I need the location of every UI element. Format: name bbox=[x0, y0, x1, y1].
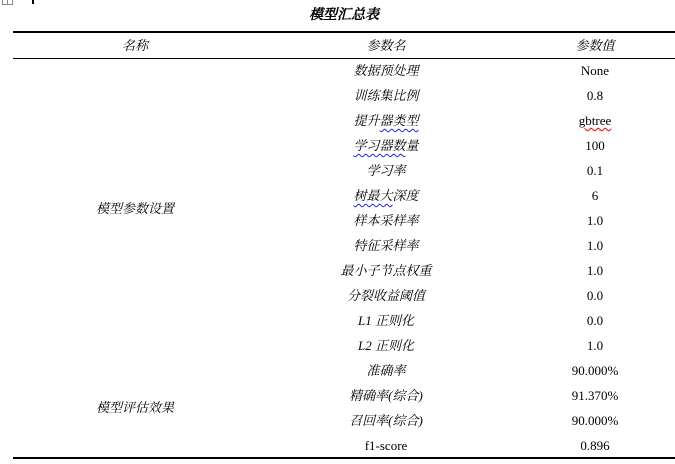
section-label-model-eval: 模型评估效果 bbox=[13, 358, 257, 458]
param-value-cell: 0.1 bbox=[515, 158, 675, 183]
param-name-cell: 召回率(综合) bbox=[257, 408, 515, 433]
misspelled-text: 器类型 bbox=[380, 113, 419, 128]
param-name-cell: 数据预处理 bbox=[257, 58, 515, 83]
param-value-cell: 0.8 bbox=[515, 83, 675, 108]
misspelled-text: 树最大 bbox=[353, 188, 392, 203]
cursor-tick-mark bbox=[32, 0, 34, 4]
param-value-cell: gbtree bbox=[515, 108, 675, 133]
header-row: 名称 参数名 参数值 bbox=[13, 32, 675, 58]
param-value-cell: 0.0 bbox=[515, 308, 675, 333]
param-value-cell: 1.0 bbox=[515, 258, 675, 283]
column-header-name: 名称 bbox=[13, 32, 257, 58]
param-value-cell: 6 bbox=[515, 183, 675, 208]
table-row: 模型评估效果 准确率 90.000% bbox=[13, 358, 675, 383]
param-name-cell: 树最大深度 bbox=[257, 183, 515, 208]
param-value-cell: 90.000% bbox=[515, 408, 675, 433]
misspelled-text: 学习器数 bbox=[353, 138, 405, 153]
param-name-cell: L2 正则化 bbox=[257, 333, 515, 358]
param-name-cell: L1 正则化 bbox=[257, 308, 515, 333]
param-value-cell: 91.370% bbox=[515, 383, 675, 408]
param-value-cell: 1.0 bbox=[515, 333, 675, 358]
param-name-cell: 精确率(综合) bbox=[257, 383, 515, 408]
param-value-cell: 0.896 bbox=[515, 433, 675, 458]
param-name-cell: f1-score bbox=[257, 433, 515, 458]
table-title: 模型汇总表 bbox=[13, 0, 675, 31]
param-name-cell: 准确率 bbox=[257, 358, 515, 383]
param-value-cell: 100 bbox=[515, 133, 675, 158]
table-row: 模型参数设置 数据预处理 None bbox=[13, 58, 675, 83]
column-header-value: 参数值 bbox=[515, 32, 675, 58]
param-value-cell: 1.0 bbox=[515, 233, 675, 258]
table-move-handle-icon[interactable] bbox=[2, 0, 13, 5]
param-name-cell: 学习率 bbox=[257, 158, 515, 183]
param-name-cell: 分裂收益阈值 bbox=[257, 283, 515, 308]
param-value-cell: 1.0 bbox=[515, 208, 675, 233]
param-value-cell: None bbox=[515, 58, 675, 83]
param-name-cell: 样本采样率 bbox=[257, 208, 515, 233]
model-summary-table: 名称 参数名 参数值 模型参数设置 数据预处理 None 训练集比例 0.8 提… bbox=[13, 31, 675, 459]
param-name-cell: 学习器数量 bbox=[257, 133, 515, 158]
param-name-cell: 训练集比例 bbox=[257, 83, 515, 108]
param-value-cell: 0.0 bbox=[515, 283, 675, 308]
param-name-cell: 特征采样率 bbox=[257, 233, 515, 258]
section-label-model-params: 模型参数设置 bbox=[13, 58, 257, 358]
param-value-cell: 90.000% bbox=[515, 358, 675, 383]
column-header-param: 参数名 bbox=[257, 32, 515, 58]
param-name-cell: 提升器类型 bbox=[257, 108, 515, 133]
param-name-cell: 最小子节点权重 bbox=[257, 258, 515, 283]
